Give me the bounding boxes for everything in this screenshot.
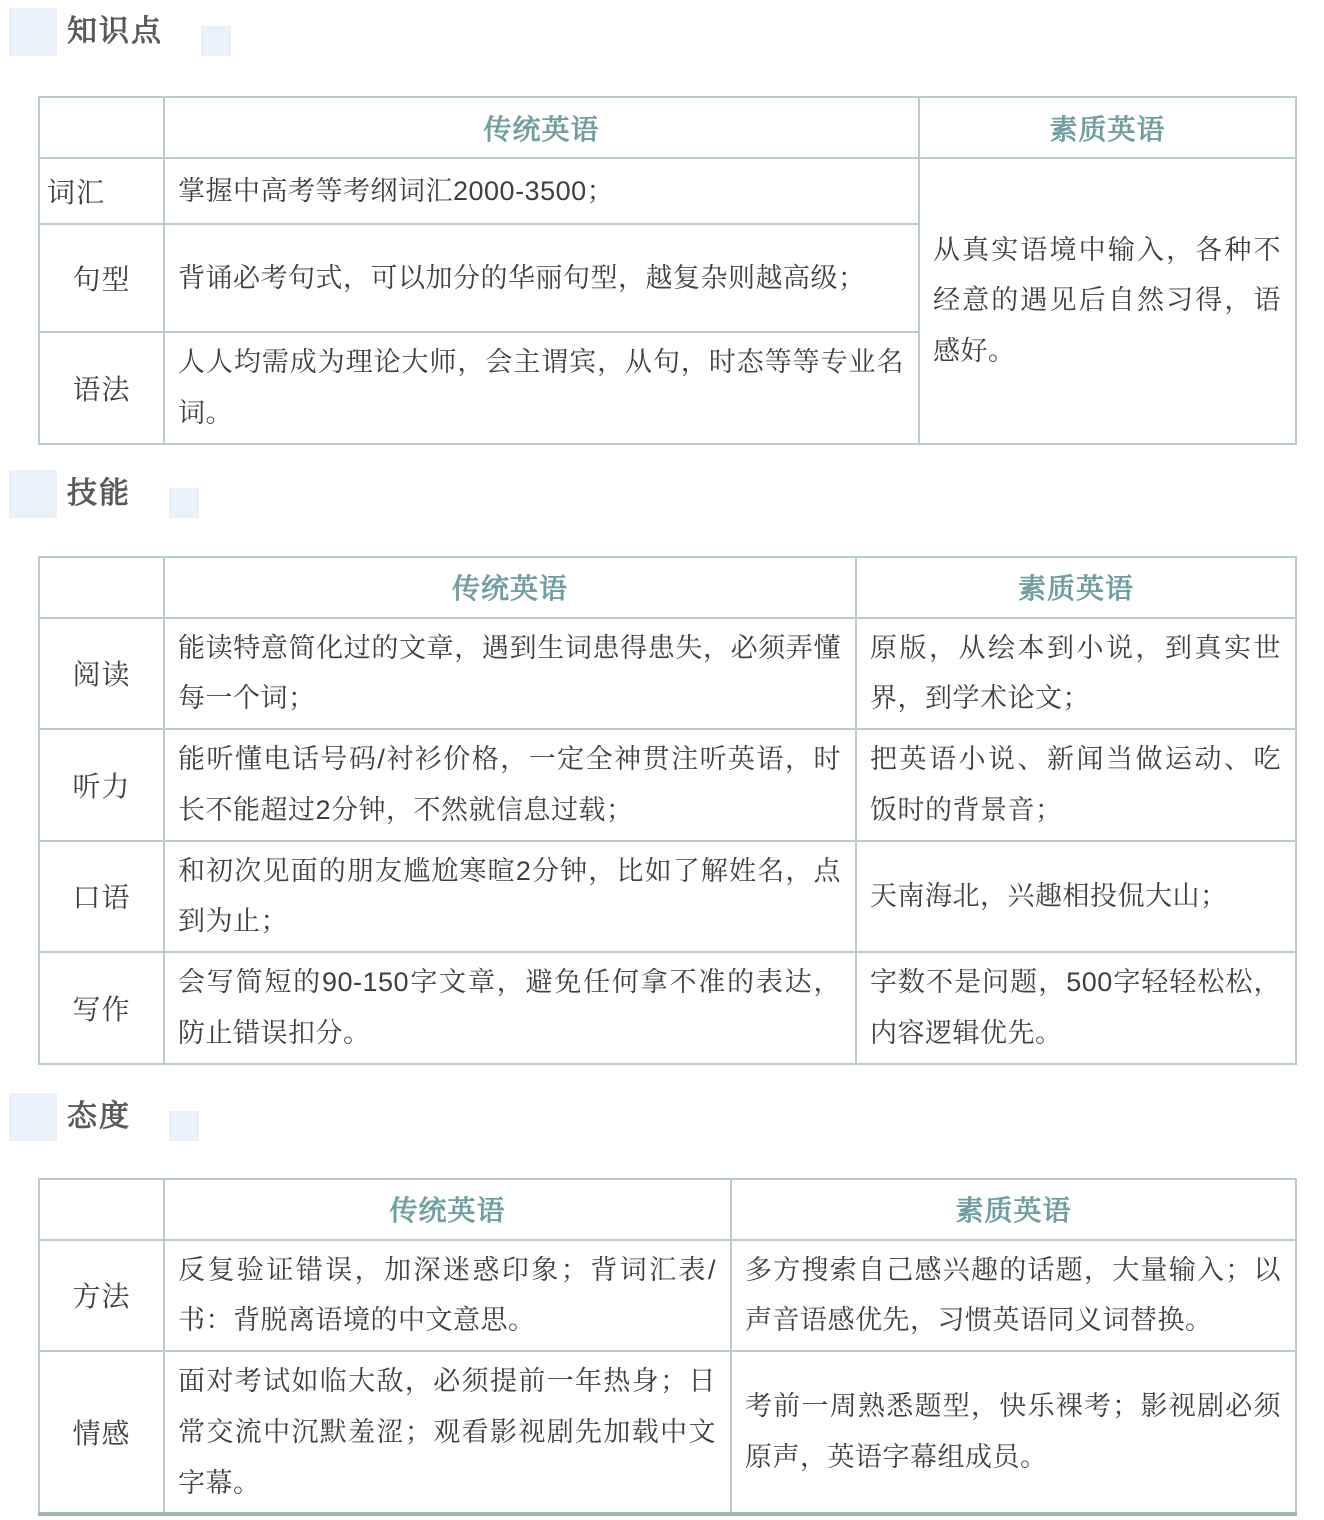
column-header-traditional: 传统英语 — [164, 1179, 731, 1240]
row-label: 情感 — [39, 1351, 164, 1514]
table-header-row: 传统英语 素质英语 — [39, 1179, 1296, 1240]
traditional-cell: 反复验证错误，加深迷惑印象；背词汇表/书：背脱离语境的中文意思。 — [164, 1240, 731, 1352]
traditional-cell: 会写简短的90-150字文章，避免任何拿不准的表达，防止错误扣分。 — [164, 952, 856, 1064]
section-heading-knowledge: 知识点 — [9, 8, 1324, 56]
quality-cell: 字数不是问题，500字轻轻松松，内容逻辑优先。 — [856, 952, 1296, 1064]
article-page: 知识点 传统英语 素质英语 词汇 掌握中高考等考纲词汇2000-3500； 从真… — [0, 0, 1324, 1516]
column-header-traditional: 传统英语 — [164, 557, 856, 618]
section-title-attitude: 态度 — [67, 1093, 131, 1141]
column-header-quality: 素质英语 — [919, 97, 1296, 158]
column-header-quality: 素质英语 — [856, 557, 1296, 618]
attitude-table: 传统英语 素质英语 方法 反复验证错误，加深迷惑印象；背词汇表/书：背脱离语境的… — [38, 1178, 1297, 1517]
decor-square-small — [169, 1111, 199, 1141]
row-label: 方法 — [39, 1240, 164, 1352]
quality-merged-cell: 从真实语境中输入，各种不经意的遇见后自然习得，语感好。 — [919, 158, 1296, 444]
section-heading-skills: 技能 — [9, 470, 1324, 518]
knowledge-table: 传统英语 素质英语 词汇 掌握中高考等考纲词汇2000-3500； 从真实语境中… — [38, 96, 1297, 445]
traditional-cell: 人人均需成为理论大师，会主谓宾，从句，时态等等专业名词。 — [164, 332, 919, 444]
column-header-traditional: 传统英语 — [164, 97, 919, 158]
table-row: 口语 和初次见面的朋友尴尬寒暄2分钟，比如了解姓名，点到为止； 天南海北，兴趣相… — [39, 841, 1296, 953]
section-heading-attitude: 态度 — [9, 1093, 1324, 1141]
row-label: 口语 — [39, 841, 164, 953]
column-header-quality: 素质英语 — [731, 1179, 1296, 1240]
decor-square-large — [9, 470, 57, 518]
header-corner-cell — [39, 97, 164, 158]
row-label: 句型 — [39, 224, 164, 332]
quality-cell: 把英语小说、新闻当做运动、吃饭时的背景音； — [856, 729, 1296, 841]
decor-square-large — [9, 1093, 57, 1141]
quality-cell: 考前一周熟悉题型，快乐裸考；影视剧必须原声，英语字幕组成员。 — [731, 1351, 1296, 1514]
section-title-knowledge: 知识点 — [67, 8, 163, 56]
section-title-skills: 技能 — [67, 470, 131, 518]
traditional-cell: 能听懂电话号码/衬衫价格，一定全神贯注听英语，时长不能超过2分钟，不然就信息过载… — [164, 729, 856, 841]
decor-square-small — [169, 488, 199, 518]
quality-cell: 原版，从绘本到小说，到真实世界，到学术论文； — [856, 618, 1296, 730]
row-label: 写作 — [39, 952, 164, 1064]
traditional-cell: 背诵必考句式，可以加分的华丽句型，越复杂则越高级； — [164, 224, 919, 332]
table-row: 写作 会写简短的90-150字文章，避免任何拿不准的表达，防止错误扣分。 字数不… — [39, 952, 1296, 1064]
row-label: 阅读 — [39, 618, 164, 730]
table-row: 词汇 掌握中高考等考纲词汇2000-3500； 从真实语境中输入，各种不经意的遇… — [39, 158, 1296, 224]
decor-square-small — [201, 26, 231, 56]
table-row: 听力 能听懂电话号码/衬衫价格，一定全神贯注听英语，时长不能超过2分钟，不然就信… — [39, 729, 1296, 841]
row-label: 听力 — [39, 729, 164, 841]
quality-cell: 天南海北，兴趣相投侃大山； — [856, 841, 1296, 953]
row-label: 语法 — [39, 332, 164, 444]
table-row: 阅读 能读特意简化过的文章，遇到生词患得患失，必须弄懂每一个词； 原版，从绘本到… — [39, 618, 1296, 730]
header-corner-cell — [39, 1179, 164, 1240]
table-header-row: 传统英语 素质英语 — [39, 97, 1296, 158]
header-corner-cell — [39, 557, 164, 618]
table-row: 方法 反复验证错误，加深迷惑印象；背词汇表/书：背脱离语境的中文意思。 多方搜索… — [39, 1240, 1296, 1352]
traditional-cell: 和初次见面的朋友尴尬寒暄2分钟，比如了解姓名，点到为止； — [164, 841, 856, 953]
quality-cell: 多方搜索自己感兴趣的话题，大量输入；以声音语感优先，习惯英语同义词替换。 — [731, 1240, 1296, 1352]
decor-square-large — [9, 8, 57, 56]
traditional-cell: 面对考试如临大敌，必须提前一年热身；日常交流中沉默羞涩；观看影视剧先加载中文字幕… — [164, 1351, 731, 1514]
traditional-cell: 能读特意简化过的文章，遇到生词患得患失，必须弄懂每一个词； — [164, 618, 856, 730]
table-row: 情感 面对考试如临大敌，必须提前一年热身；日常交流中沉默羞涩；观看影视剧先加载中… — [39, 1351, 1296, 1514]
row-label: 词汇 — [39, 158, 164, 224]
traditional-cell: 掌握中高考等考纲词汇2000-3500； — [164, 158, 919, 224]
table-header-row: 传统英语 素质英语 — [39, 557, 1296, 618]
skills-table: 传统英语 素质英语 阅读 能读特意简化过的文章，遇到生词患得患失，必须弄懂每一个… — [38, 556, 1297, 1065]
